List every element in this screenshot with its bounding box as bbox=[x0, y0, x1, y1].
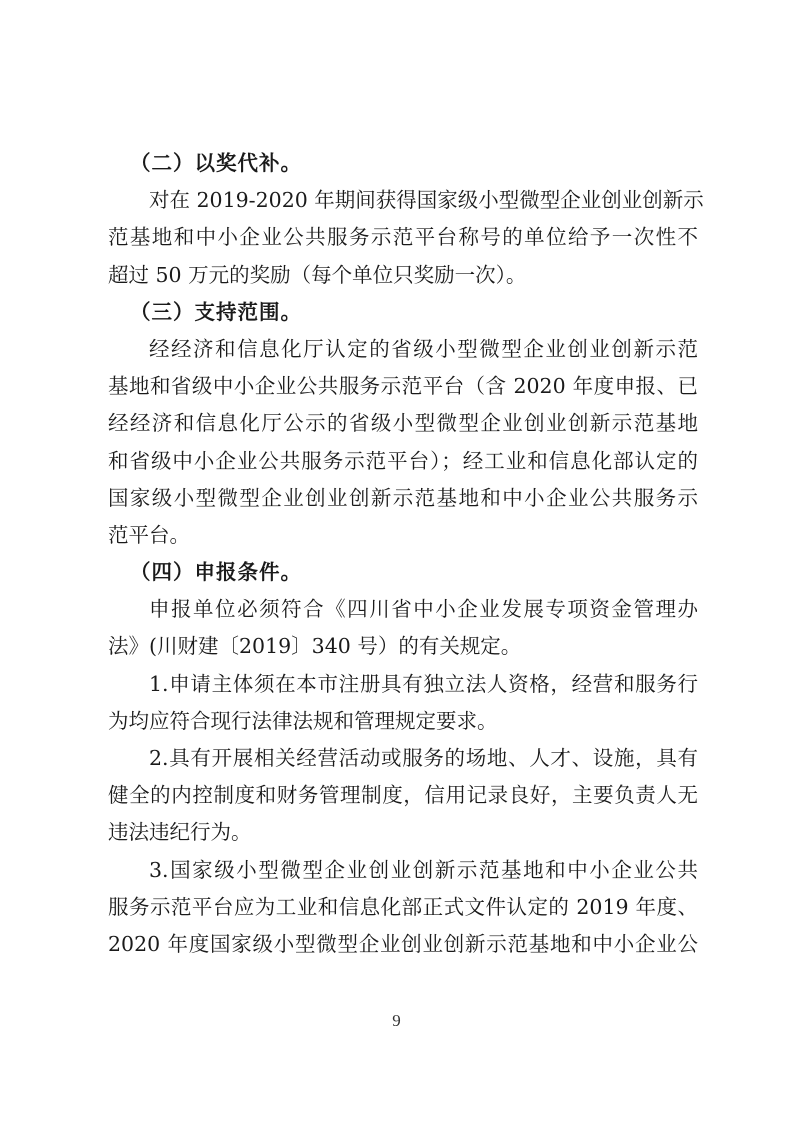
paragraph-line: 范基地和中小企业公共服务示范平台称号的单位给予一次性不 bbox=[108, 219, 698, 256]
section-heading-reward: （二）以奖代补。 bbox=[108, 145, 698, 182]
paragraph-line: 违法违纪行为。 bbox=[108, 814, 698, 851]
paragraph-line: 超过 50 万元的奖励（每个单位只奖励一次）。 bbox=[108, 257, 698, 294]
paragraph-line: 服务示范平台应为工业和信息化部正式文件认定的 2019 年度、 bbox=[108, 889, 698, 926]
paragraph-line: 经经济和信息化厅认定的省级小型微型企业创业创新示范 bbox=[108, 331, 698, 368]
paragraph-line: 国家级小型微型企业创业创新示范基地和中小企业公共服务示 bbox=[108, 480, 698, 517]
document-page: （二）以奖代补。 对在 2019-2020 年期间获得国家级小型微型企业创业创新… bbox=[108, 145, 698, 963]
condition-item-3: 3.国家级小型微型企业创业创新示范基地和中小企业公共 bbox=[108, 852, 698, 889]
paragraph-line: 范平台。 bbox=[108, 517, 698, 554]
paragraph-line: 经经济和信息化厅公示的省级小型微型企业创业创新示范基地 bbox=[108, 405, 698, 442]
paragraph-line: 和省级中小企业公共服务示范平台）；经工业和信息化部认定的 bbox=[108, 443, 698, 480]
paragraph-line: 法》(川财建〔2019〕340 号）的有关规定。 bbox=[108, 628, 698, 665]
paragraph-line: 基地和省级中小企业公共服务示范平台（含 2020 年度申报、已 bbox=[108, 368, 698, 405]
paragraph-line: 为均应符合现行法律法规和管理规定要求。 bbox=[108, 703, 698, 740]
paragraph-line: 申报单位必须符合《四川省中小企业发展专项资金管理办 bbox=[108, 591, 698, 628]
paragraph-line: 2020 年度国家级小型微型企业创业创新示范基地和中小企业公 bbox=[108, 926, 698, 963]
page-number: 9 bbox=[0, 1011, 793, 1031]
section-heading-conditions: （四）申报条件。 bbox=[108, 554, 698, 591]
paragraph-line: 健全的内控制度和财务管理制度，信用记录良好，主要负责人无 bbox=[108, 777, 698, 814]
condition-item-2: 2.具有开展相关经营活动或服务的场地、人才、设施，具有 bbox=[108, 740, 698, 777]
paragraph-line: 对在 2019-2020 年期间获得国家级小型微型企业创业创新示 bbox=[108, 182, 698, 219]
section-heading-scope: （三）支持范围。 bbox=[108, 294, 698, 331]
condition-item-1: 1.申请主体须在本市注册具有独立法人资格，经营和服务行 bbox=[108, 666, 698, 703]
